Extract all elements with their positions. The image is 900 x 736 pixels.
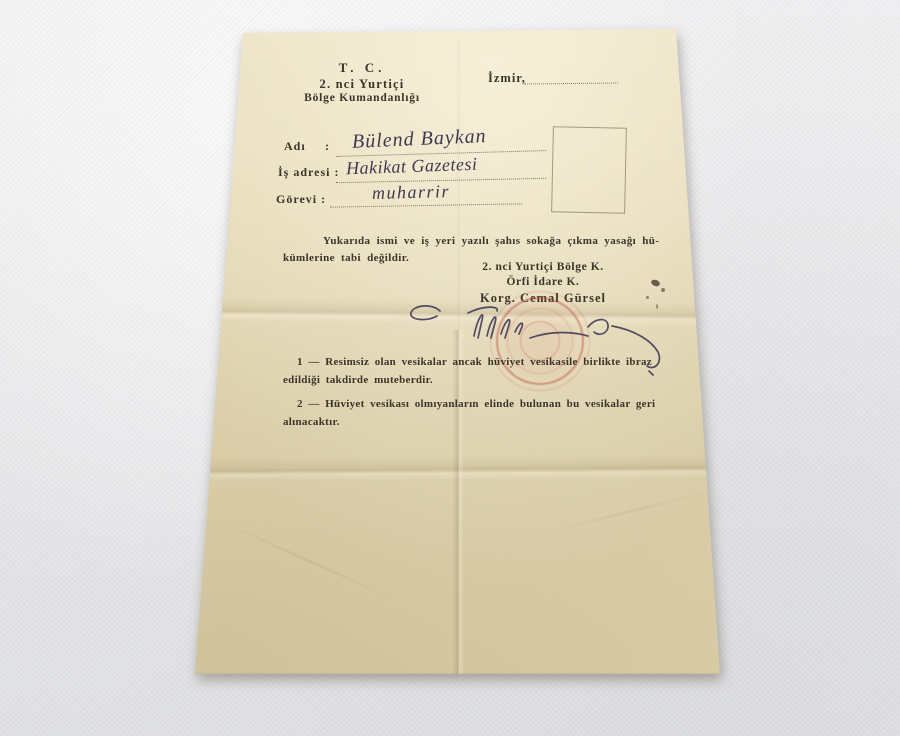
vertical-fold-crease-lower [452, 330, 464, 676]
ink-splotch [650, 279, 661, 288]
field-label-adi: Adı [284, 139, 306, 154]
diagonal-crease-left [218, 519, 402, 603]
ink-splotch [656, 304, 658, 309]
letterhead-command2: Bölge Kumandanlığı [300, 92, 424, 104]
diagonal-crease-right [542, 488, 717, 534]
note1-line2: edildiği takdirde muteberdir. [283, 374, 433, 386]
note2-line2: alınacaktır. [283, 416, 340, 428]
paper-shadow-wrap: T. C. 2. nci Yurtiçi Bölge Kumandanlığı … [0, 0, 900, 736]
document-paper: T. C. 2. nci Yurtiçi Bölge Kumandanlığı … [0, 0, 900, 736]
field-label-is-adresi: İş adresi : [278, 165, 339, 180]
handwritten-duty: muharrir [372, 181, 451, 204]
ink-splotch [661, 288, 665, 292]
signature-scrawl [402, 296, 692, 381]
date-blank-line [524, 70, 618, 85]
place-label: İzmir, [488, 71, 526, 86]
signatory-unit-line1: 2. nci Yurtiçi Bölge K. [460, 261, 626, 273]
photo-placeholder-box [551, 126, 627, 214]
note1-line1: 1 — Resimsiz olan vesikalar ancak hüviye… [297, 356, 652, 368]
statement-line2: kümlerine tabi değildir. [283, 252, 409, 264]
signatory-unit-line2: Örfi İdare K. [460, 276, 626, 288]
letterhead-command1: 2. nci Yurtiçi [306, 77, 418, 92]
field-label-gorevi: Görevi : [276, 192, 326, 207]
note2-line1: 2 — Hüviyet vesikası olmıyanların elinde… [297, 398, 655, 410]
horizontal-fold-crease-lower [198, 454, 718, 482]
ink-splotch [646, 296, 649, 299]
statement-line1: Yukarıda ismi ve iş yeri yazılı şahıs so… [323, 235, 659, 247]
letterhead-tc: T. C. [330, 60, 394, 76]
field-colon-adi: : [325, 139, 330, 154]
photo-scene: T. C. 2. nci Yurtiçi Bölge Kumandanlığı … [0, 0, 900, 736]
